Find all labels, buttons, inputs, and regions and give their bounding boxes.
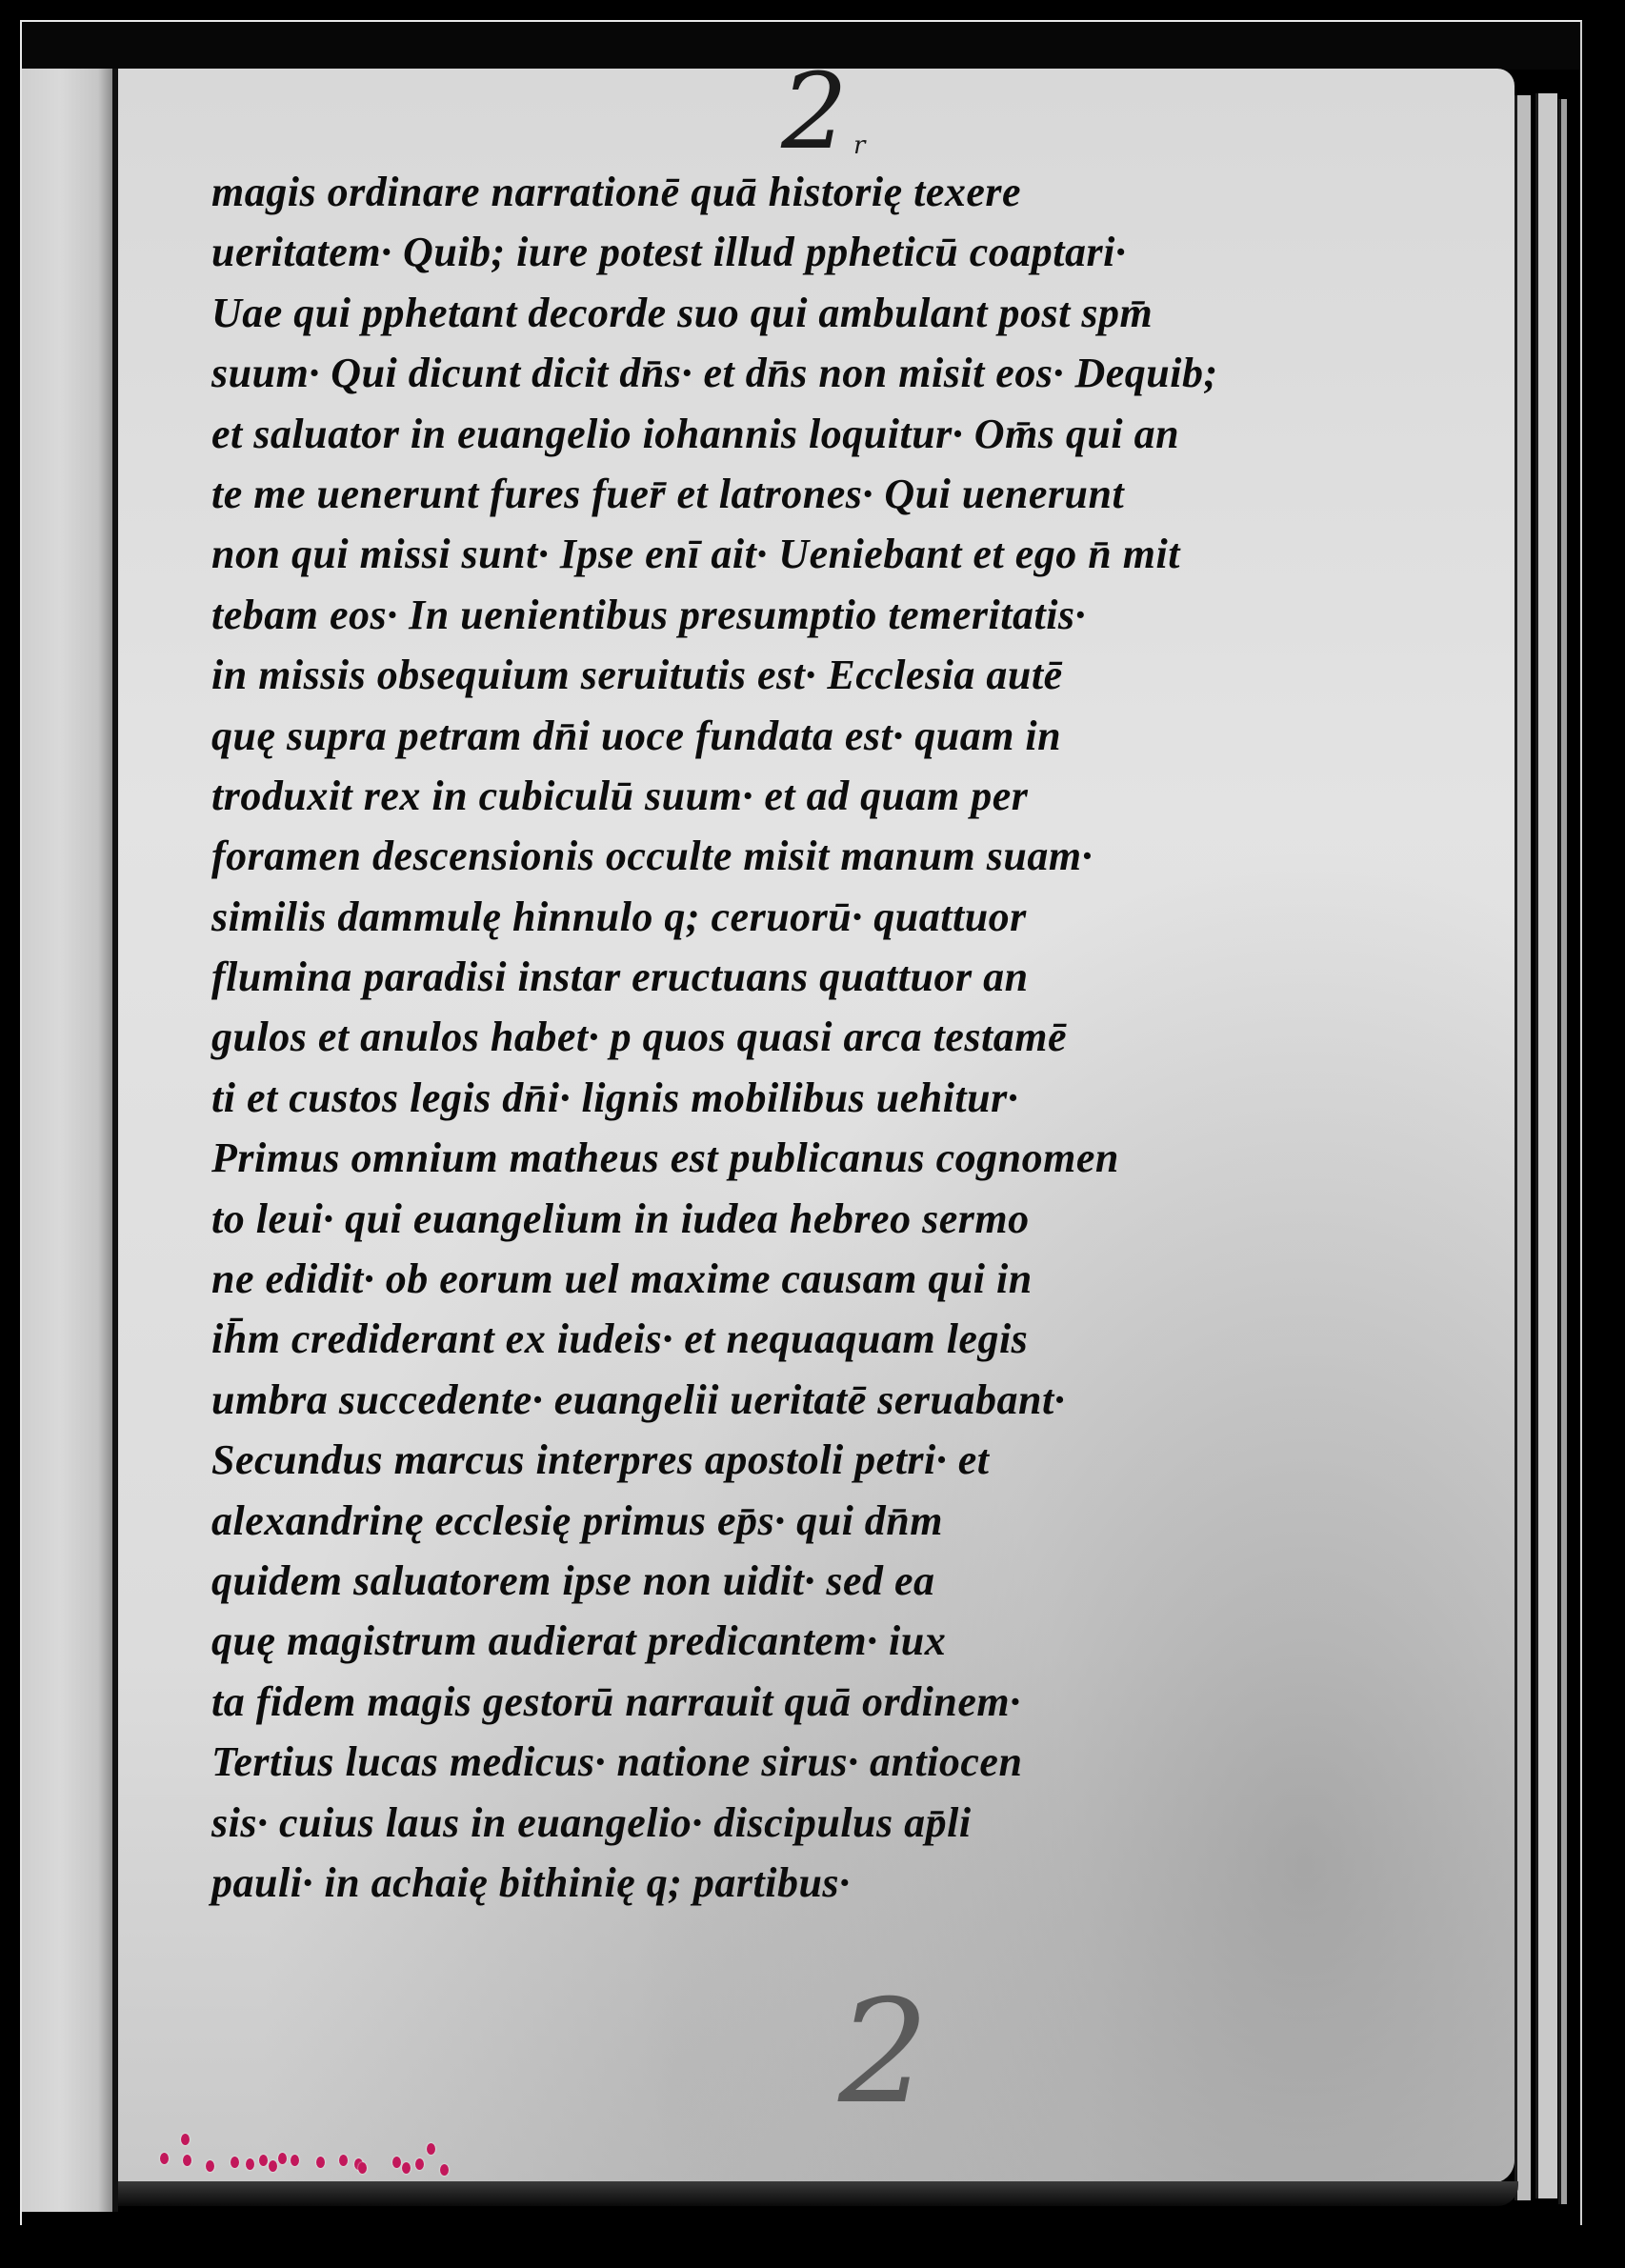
marker-dot <box>269 2160 277 2172</box>
marker-dot <box>206 2160 214 2172</box>
text-line: to leui· qui euangelium in iudea hebreo … <box>211 1189 1354 1249</box>
text-line: Primus omnium matheus est publicanus cog… <box>211 1128 1354 1188</box>
pink-marker-dots <box>143 2134 1000 2172</box>
marker-dot <box>291 2155 299 2166</box>
marker-dot <box>231 2157 239 2168</box>
marker-dot <box>392 2157 401 2168</box>
marker-dot <box>339 2155 348 2166</box>
text-line: foramen descensionis occulte misit manum… <box>211 826 1354 886</box>
marker-dot <box>160 2153 169 2164</box>
text-line: sis· cuius laus in euangelio· discipulus… <box>211 1793 1354 1853</box>
marker-dot <box>259 2155 268 2166</box>
marker-dot <box>316 2157 325 2168</box>
text-line: ne edidit· ob eorum uel maxime causam qu… <box>211 1249 1354 1309</box>
text-line: tebam eos· In uenientibus presumptio tem… <box>211 585 1354 645</box>
text-line: in missis obsequium seruitutis est· Eccl… <box>211 645 1354 705</box>
text-line: ta fidem magis gestorū narrauit quā ordi… <box>211 1672 1354 1732</box>
marker-dot <box>183 2155 191 2166</box>
text-line: quidem saluatorem ipse non uidit· sed ea <box>211 1551 1354 1611</box>
page-stack-edge <box>1558 99 1567 2204</box>
text-line: non qui missi sunt· Ipse enī ait· Uenieb… <box>211 524 1354 584</box>
marker-dot <box>415 2158 424 2170</box>
text-line: ti et custos legis dn̄i· lignis mobilibu… <box>211 1068 1354 1128</box>
marker-dot <box>181 2134 190 2145</box>
text-line: quę supra petram dn̄i uoce fundata est· … <box>211 706 1354 766</box>
text-line: Secundus marcus interpres apostoli petri… <box>211 1430 1354 1490</box>
text-line: flumina paradisi instar eructuans quattu… <box>211 947 1354 1007</box>
text-line: gulos et anulos habet· p quos quasi arca… <box>211 1007 1354 1067</box>
facing-page-edge <box>22 69 117 2212</box>
marker-dot <box>402 2162 411 2174</box>
page-stack-edge <box>1515 95 1531 2200</box>
text-line: ih̄m crediderant ex iudeis· et nequaquam… <box>211 1309 1354 1369</box>
text-line: suum· Qui dicunt dicit dn̄s· et dn̄s non… <box>211 343 1354 403</box>
text-line: pauli· in achaię bithinię q; partibus· <box>211 1853 1354 1913</box>
manuscript-text-block: magis ordinare narrationē quā historię t… <box>211 162 1354 1913</box>
text-line: et saluator in euangelio iohannis loquit… <box>211 404 1354 464</box>
page-bottom-edge <box>118 2181 1518 2206</box>
marker-dot <box>440 2164 449 2176</box>
folio-number-top: 2r <box>781 59 859 164</box>
folio-number: 2 <box>781 50 848 172</box>
text-line: magis ordinare narrationē quā historię t… <box>211 162 1354 222</box>
marker-dot <box>427 2143 435 2155</box>
text-line: quę magistrum audierat predicantem· iux <box>211 1611 1354 1671</box>
text-line: similis dammulę hinnulo q; ceruorū· quat… <box>211 887 1354 947</box>
text-line: troduxit rex in cubiculū suum· et ad qua… <box>211 766 1354 826</box>
text-line: Uae qui pphetant decorde suo qui ambulan… <box>211 283 1354 343</box>
page-stack-edge <box>1535 93 1557 2198</box>
text-line: umbra succedente· euangelii ueritatē ser… <box>211 1370 1354 1430</box>
text-line: alexandrinę ecclesię primus ep̄s· qui dn… <box>211 1491 1354 1551</box>
marker-dot <box>246 2158 254 2170</box>
text-line: te me uenerunt fures fuer̄ et latrones· … <box>211 464 1354 524</box>
folio-number-bottom: 2 <box>838 1981 929 2124</box>
text-line: Tertius lucas medicus· natione sirus· an… <box>211 1732 1354 1792</box>
marker-dot <box>278 2153 287 2164</box>
text-line: ueritatem· Quib; iure potest illud pphet… <box>211 222 1354 282</box>
marker-dot <box>358 2162 367 2174</box>
folio-recto-mark: r <box>853 131 865 160</box>
